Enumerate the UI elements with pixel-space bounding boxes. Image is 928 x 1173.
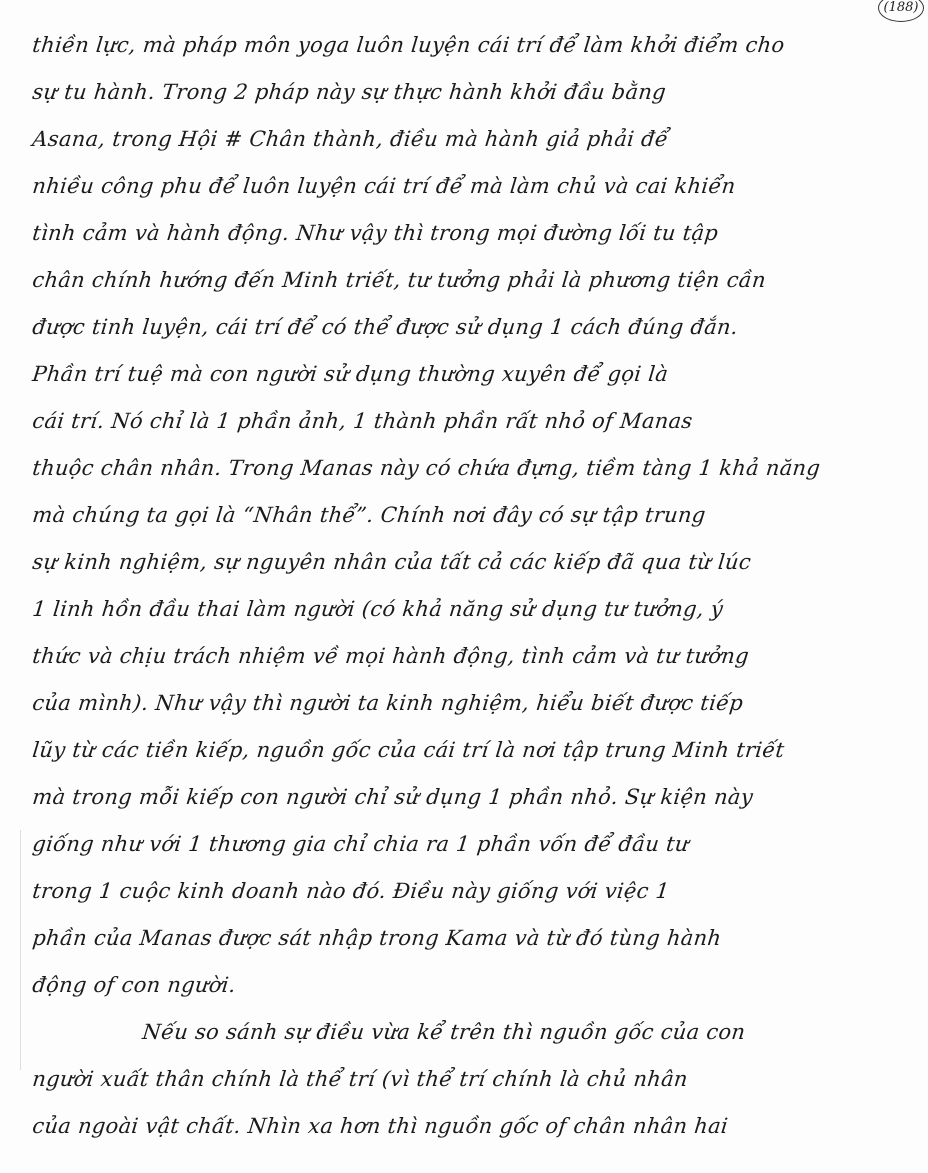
- text-line: người xuất thân chính là thể trí (vì thể…: [30, 1056, 915, 1103]
- manuscript-page: (188) thiền lực, mà pháp môn yoga luôn l…: [0, 0, 928, 1173]
- text-line: sự tu hành. Trong 2 pháp này sự thực hàn…: [30, 69, 915, 116]
- text-line: chân chính hướng đến Minh triết, tư tưởn…: [30, 257, 915, 304]
- text-line: thức và chịu trách nhiệm về mọi hành độn…: [30, 633, 915, 680]
- page-number: (188): [878, 0, 924, 22]
- text-line: động of con người.: [30, 962, 915, 1009]
- text-line: giống như với 1 thương gia chỉ chia ra 1…: [30, 821, 915, 868]
- text-line: Nếu so sánh sự điều vừa kể trên thì nguồ…: [30, 1009, 915, 1056]
- text-line: thuộc chân nhân. Trong Manas này có chứa…: [30, 445, 915, 492]
- text-line: sự kinh nghiệm, sự nguyên nhân của tất c…: [30, 539, 915, 586]
- text-line: Asana, trong Hội # Chân thành, điều mà h…: [30, 116, 915, 163]
- text-line: của mình). Như vậy thì người ta kinh ngh…: [30, 680, 915, 727]
- text-line: cái trí. Nó chỉ là 1 phần ảnh, 1 thành p…: [30, 398, 915, 445]
- margin-line: [20, 830, 21, 1070]
- text-line: Phần trí tuệ mà con người sử dụng thường…: [30, 351, 915, 398]
- text-line: thiền lực, mà pháp môn yoga luôn luyện c…: [30, 22, 915, 69]
- text-line: 1 linh hồn đầu thai làm người (có khả nă…: [30, 586, 915, 633]
- text-line: được tinh luyện, cái trí để có thể được …: [30, 304, 915, 351]
- handwritten-text-body: thiền lực, mà pháp môn yoga luôn luyện c…: [30, 22, 910, 1150]
- text-line: lũy từ các tiền kiếp, nguồn gốc của cái …: [30, 727, 915, 774]
- text-line: trong 1 cuộc kinh doanh nào đó. Điều này…: [30, 868, 915, 915]
- text-line: nhiều công phu để luôn luyện cái trí để …: [30, 163, 915, 210]
- text-line: của ngoài vật chất. Nhìn xa hơn thì nguồ…: [30, 1103, 915, 1150]
- text-line: mà trong mỗi kiếp con người chỉ sử dụng …: [30, 774, 915, 821]
- text-line: phần của Manas được sát nhập trong Kama …: [30, 915, 915, 962]
- text-line: tình cảm và hành động. Như vậy thì trong…: [30, 210, 915, 257]
- text-line: mà chúng ta gọi là “Nhân thể”. Chính nơi…: [30, 492, 915, 539]
